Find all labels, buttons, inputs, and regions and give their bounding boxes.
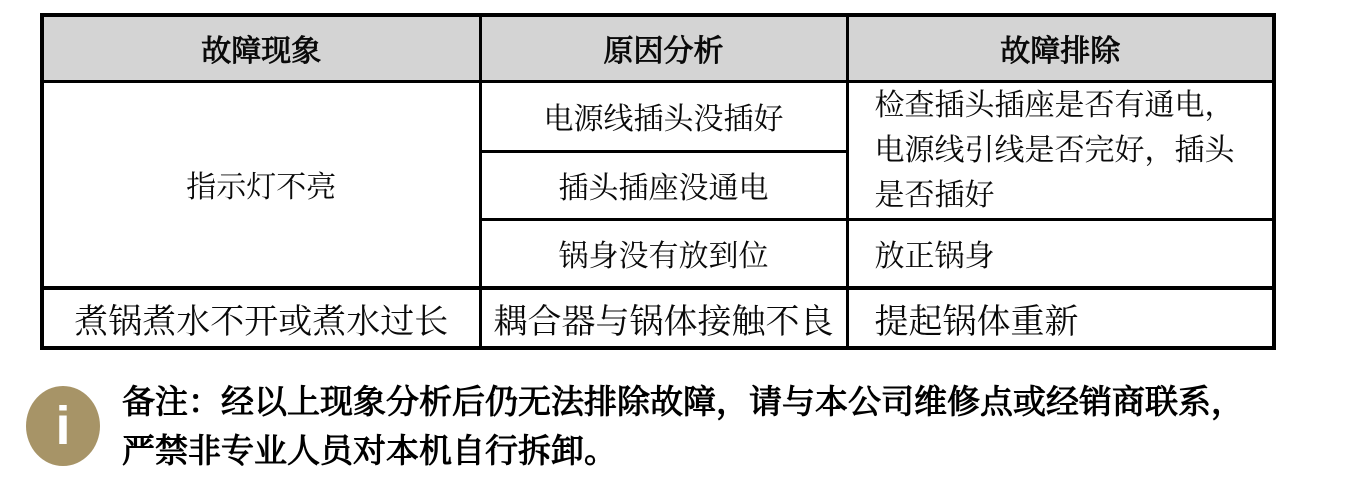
- cell-cause-pot-not-in-place: 锅身没有放到位: [480, 219, 847, 288]
- troubleshooting-table: 故障现象 原因分析 故障排除 指示灯不亮 电源线插头没插好 检查插头插座是否有通…: [40, 13, 1276, 350]
- cell-fix-check-plug-socket: 检查插头插座是否有通电， 电源线引线是否完好，插头 是否插好: [847, 81, 1274, 219]
- info-icon-glyph: i: [55, 399, 70, 453]
- remark-note: i 备注：经以上现象分析后仍无法排除故障，请与本公司维修点或经销商联系， 严禁非…: [26, 378, 1346, 476]
- remark-line-2: 严禁非专业人员对本机自行拆卸。: [122, 427, 1244, 476]
- remark-line-1: 备注：经以上现象分析后仍无法排除故障，请与本公司维修点或经销商联系，: [122, 378, 1244, 427]
- cell-cause-plug-not-inserted: 电源线插头没插好: [480, 81, 847, 151]
- table-header-row: 故障现象 原因分析 故障排除: [42, 15, 1274, 81]
- header-fault-phenomenon: 故障现象: [42, 15, 480, 81]
- info-icon: i: [26, 386, 100, 466]
- cell-phenomenon-water-not-boiling: 煮锅煮水不开或煮水过长: [42, 288, 480, 348]
- header-cause-analysis: 原因分析: [480, 15, 847, 81]
- header-troubleshooting: 故障排除: [847, 15, 1274, 81]
- cell-fix-reposition-pot: 放正锅身: [847, 219, 1274, 288]
- cell-fix-lift-pot: 提起锅体重新: [847, 288, 1274, 348]
- remark-text: 备注：经以上现象分析后仍无法排除故障，请与本公司维修点或经销商联系， 严禁非专业…: [122, 378, 1244, 476]
- table-row: 指示灯不亮 电源线插头没插好 检查插头插座是否有通电， 电源线引线是否完好，插头…: [42, 81, 1274, 151]
- cell-cause-socket-no-power: 插头插座没通电: [480, 151, 847, 219]
- cell-cause-coupler-bad-contact: 耦合器与锅体接触不良: [480, 288, 847, 348]
- cell-phenomenon-indicator-light: 指示灯不亮: [42, 81, 480, 288]
- manual-page: 故障现象 原因分析 故障排除 指示灯不亮 电源线插头没插好 检查插头插座是否有通…: [0, 0, 1358, 503]
- table-row: 煮锅煮水不开或煮水过长 耦合器与锅体接触不良 提起锅体重新: [42, 288, 1274, 348]
